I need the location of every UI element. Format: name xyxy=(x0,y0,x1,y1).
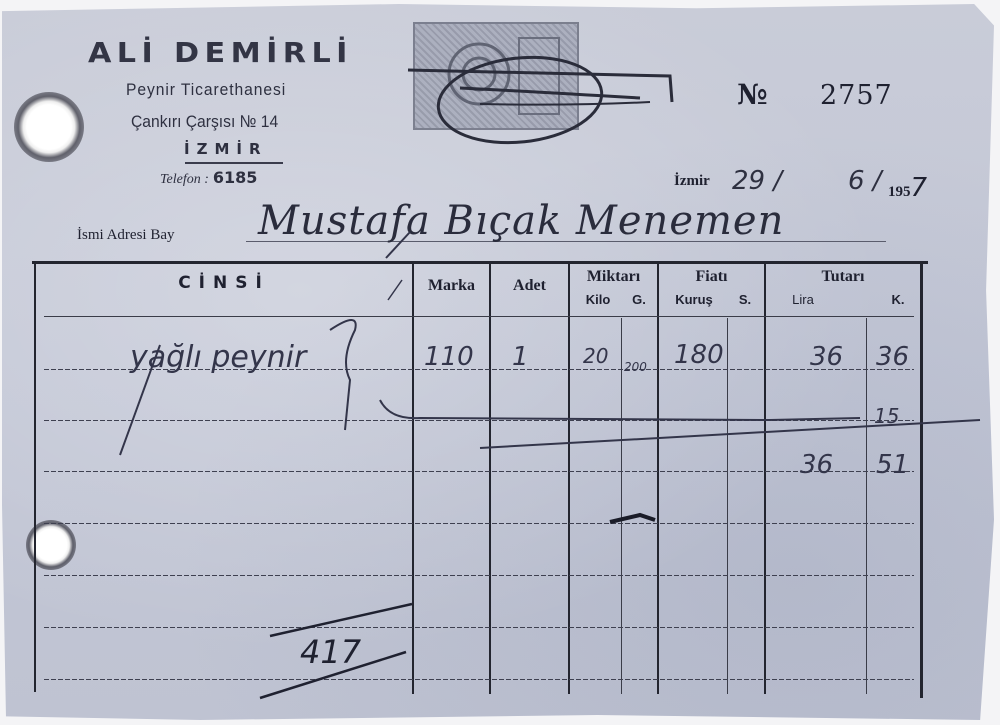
pen-strokes-icon xyxy=(0,0,1000,725)
footer-note: 417 xyxy=(300,633,361,671)
